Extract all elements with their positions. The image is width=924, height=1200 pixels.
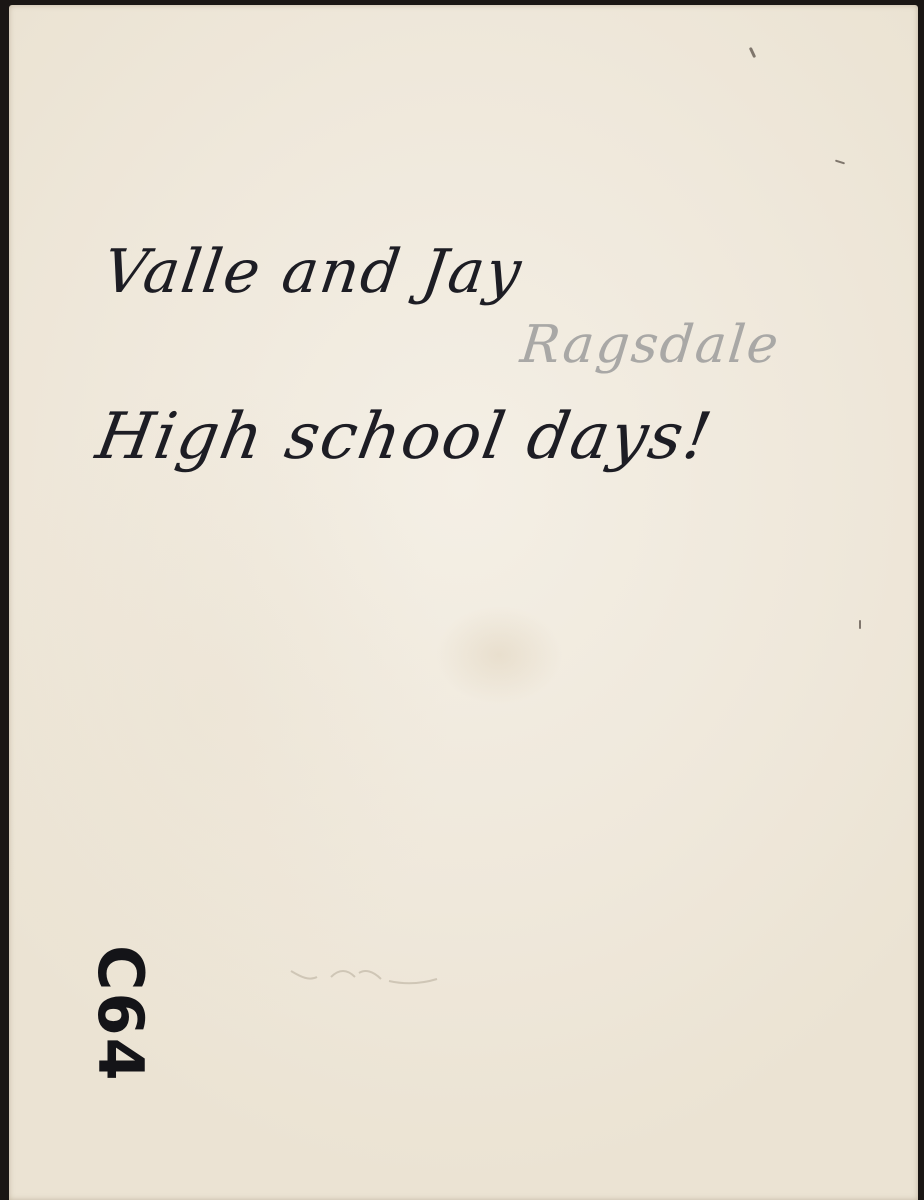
inscription-line-surname: Ragsdale bbox=[518, 315, 783, 375]
speck bbox=[749, 47, 756, 58]
speck bbox=[835, 160, 845, 165]
catalog-stamp: C64 bbox=[157, 945, 227, 1125]
scan-background: Valle and Jay Ragsdale High school days!… bbox=[0, 0, 924, 1200]
smudge-mark bbox=[289, 967, 439, 987]
inscription-line-caption: High school days! bbox=[91, 400, 718, 474]
speck bbox=[859, 620, 861, 629]
photo-back-card: Valle and Jay Ragsdale High school days!… bbox=[9, 5, 918, 1200]
inscription-line-names: Valle and Jay bbox=[99, 237, 527, 307]
catalog-number: C64 bbox=[84, 945, 157, 1083]
